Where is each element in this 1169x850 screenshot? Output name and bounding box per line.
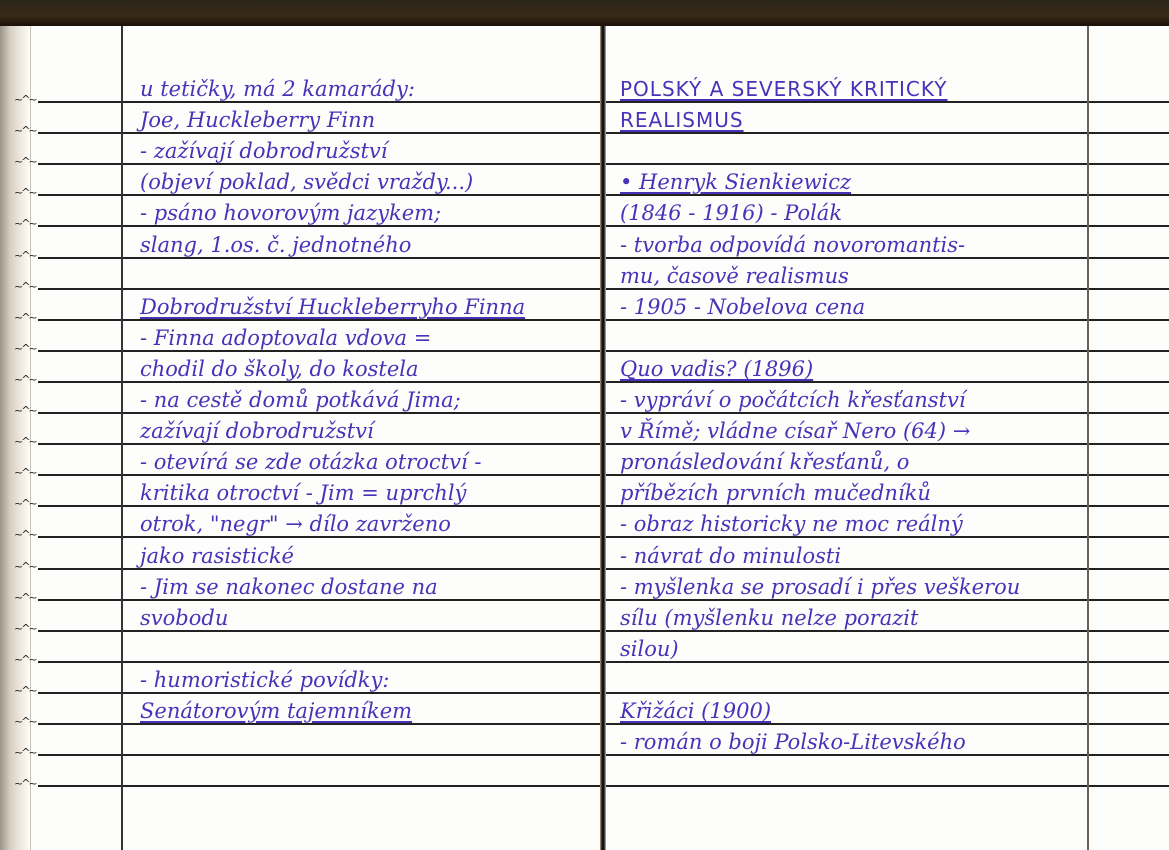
page-tear-mark: ~^~ xyxy=(14,437,36,447)
page-tear-mark: ~^~ xyxy=(14,406,36,416)
rule-line xyxy=(606,101,1169,103)
page-tear-mark: ~^~ xyxy=(14,95,36,105)
page-tear-mark: ~^~ xyxy=(14,686,36,696)
handwritten-line: zažívají dobrodružství xyxy=(140,419,374,443)
handwritten-line: • Henryk Sienkiewicz xyxy=(620,170,851,194)
rule-line xyxy=(606,505,1169,507)
handwritten-line: mu, časově realismus xyxy=(620,264,849,288)
rule-line xyxy=(606,163,1169,165)
handwritten-line: Křižáci (1900) xyxy=(620,699,771,723)
handwritten-line: - psáno hovorovým jazykem; xyxy=(140,201,441,225)
handwritten-line: sílu (myšlenku nelze porazit xyxy=(620,606,918,630)
handwritten-line: Joe, Huckleberry Finn xyxy=(140,108,375,132)
rule-line xyxy=(606,536,1169,538)
rule-line xyxy=(606,194,1169,196)
rule-line xyxy=(606,132,1169,134)
handwritten-line: pronásledování křesťanů, o xyxy=(620,450,909,474)
page-tear-mark: ~^~ xyxy=(14,157,36,167)
rule-line xyxy=(606,412,1169,414)
page-tear-mark: ~^~ xyxy=(14,219,36,229)
rule-line xyxy=(606,319,1169,321)
rule-line xyxy=(606,474,1169,476)
handwritten-line: - návrat do minulosti xyxy=(620,544,841,568)
handwritten-line: (1846 - 1916) - Polák xyxy=(620,201,842,225)
handwritten-line: chodil do školy, do kostela xyxy=(140,357,419,381)
handwritten-line: - obraz historicky ne moc reálný xyxy=(620,512,963,536)
handwritten-line: - humoristické povídky: xyxy=(140,668,389,692)
rule-line xyxy=(606,381,1169,383)
handwritten-line: kritika otroctví - Jim = uprchlý xyxy=(140,481,466,505)
handwritten-line: příbězích prvních mučedníků xyxy=(620,481,931,505)
page-tear-mark: ~^~ xyxy=(14,717,36,727)
rule-line xyxy=(606,568,1169,570)
handwritten-line: - zažívají dobrodružství xyxy=(140,139,388,163)
page-tear-mark: ~^~ xyxy=(14,624,36,634)
page-tear-mark: ~^~ xyxy=(14,344,36,354)
page-tear-mark: ~^~ xyxy=(14,499,36,509)
page-tear-mark: ~^~ xyxy=(14,188,36,198)
page-tear-mark: ~^~ xyxy=(14,779,36,789)
rule-line xyxy=(606,443,1169,445)
background-surface xyxy=(0,0,1169,26)
rule-line xyxy=(606,754,1169,756)
handwritten-line: - Finna adoptovala vdova = xyxy=(140,326,431,350)
right-margin-line xyxy=(1087,26,1089,850)
handwritten-line: svobodu xyxy=(140,606,228,630)
handwritten-line: POLSKÝ A SEVERSKÝ KRITICKÝ xyxy=(620,77,947,101)
page-tear-mark: ~^~ xyxy=(14,251,36,261)
handwritten-line: Dobrodružství Huckleberryho Finna xyxy=(140,295,525,319)
handwritten-line: jako rasistické xyxy=(140,544,294,568)
page-tear-mark: ~^~ xyxy=(14,593,36,603)
handwritten-line: REALISMUS xyxy=(620,108,744,132)
rule-line xyxy=(606,350,1169,352)
handwritten-line: - na cestě domů potkává Jima; xyxy=(140,388,461,412)
page-tear-mark: ~^~ xyxy=(14,282,36,292)
page-tear-mark: ~^~ xyxy=(14,126,36,136)
handwritten-line: (objeví poklad, svědci vraždy...) xyxy=(140,170,473,194)
page-tear-mark: ~^~ xyxy=(14,655,36,665)
rule-line xyxy=(606,288,1169,290)
handwritten-line: - vypráví o počátcích křesťanství xyxy=(620,388,966,412)
rule-line xyxy=(606,785,1169,787)
rule-line xyxy=(606,661,1169,663)
handwritten-line: v Římě; vládne císař Nero (64) → xyxy=(620,419,970,443)
rule-line xyxy=(606,723,1169,725)
handwritten-line: silou) xyxy=(620,637,679,661)
handwritten-line: - myšlenka se prosadí i přes veškerou xyxy=(620,575,1020,599)
handwritten-line: - tvorba odpovídá novoromantis- xyxy=(620,233,965,257)
rule-line xyxy=(606,257,1169,259)
page-tear-mark: ~^~ xyxy=(14,468,36,478)
page-tear-mark: ~^~ xyxy=(14,562,36,572)
handwritten-line: u tetičky, má 2 kamarády: xyxy=(140,77,415,101)
page-tear-mark: ~^~ xyxy=(14,313,36,323)
handwritten-line: - Jim se nakonec dostane na xyxy=(140,575,438,599)
handwritten-line: - otevírá se zde otázka otroctví - xyxy=(140,450,482,474)
rule-line xyxy=(606,630,1169,632)
handwritten-line: - román o boji Polsko-Litevského xyxy=(620,730,966,754)
page-tear-mark: ~^~ xyxy=(14,375,36,385)
handwritten-line: slang, 1.os. č. jednotného xyxy=(140,233,411,257)
rule-line xyxy=(606,692,1169,694)
page-tear-mark: ~^~ xyxy=(14,748,36,758)
rule-line xyxy=(606,599,1169,601)
handwritten-line: Quo vadis? (1896) xyxy=(620,357,813,381)
handwritten-line: Senátorovým tajemníkem xyxy=(140,699,412,723)
rule-line xyxy=(606,225,1169,227)
handwritten-line: otrok, "negr" → dílo zavrženo xyxy=(140,512,451,536)
handwritten-line: - 1905 - Nobelova cena xyxy=(620,295,865,319)
page-tear-mark: ~^~ xyxy=(14,530,36,540)
left-margin-line xyxy=(121,26,123,850)
notebook-binding xyxy=(600,26,606,850)
